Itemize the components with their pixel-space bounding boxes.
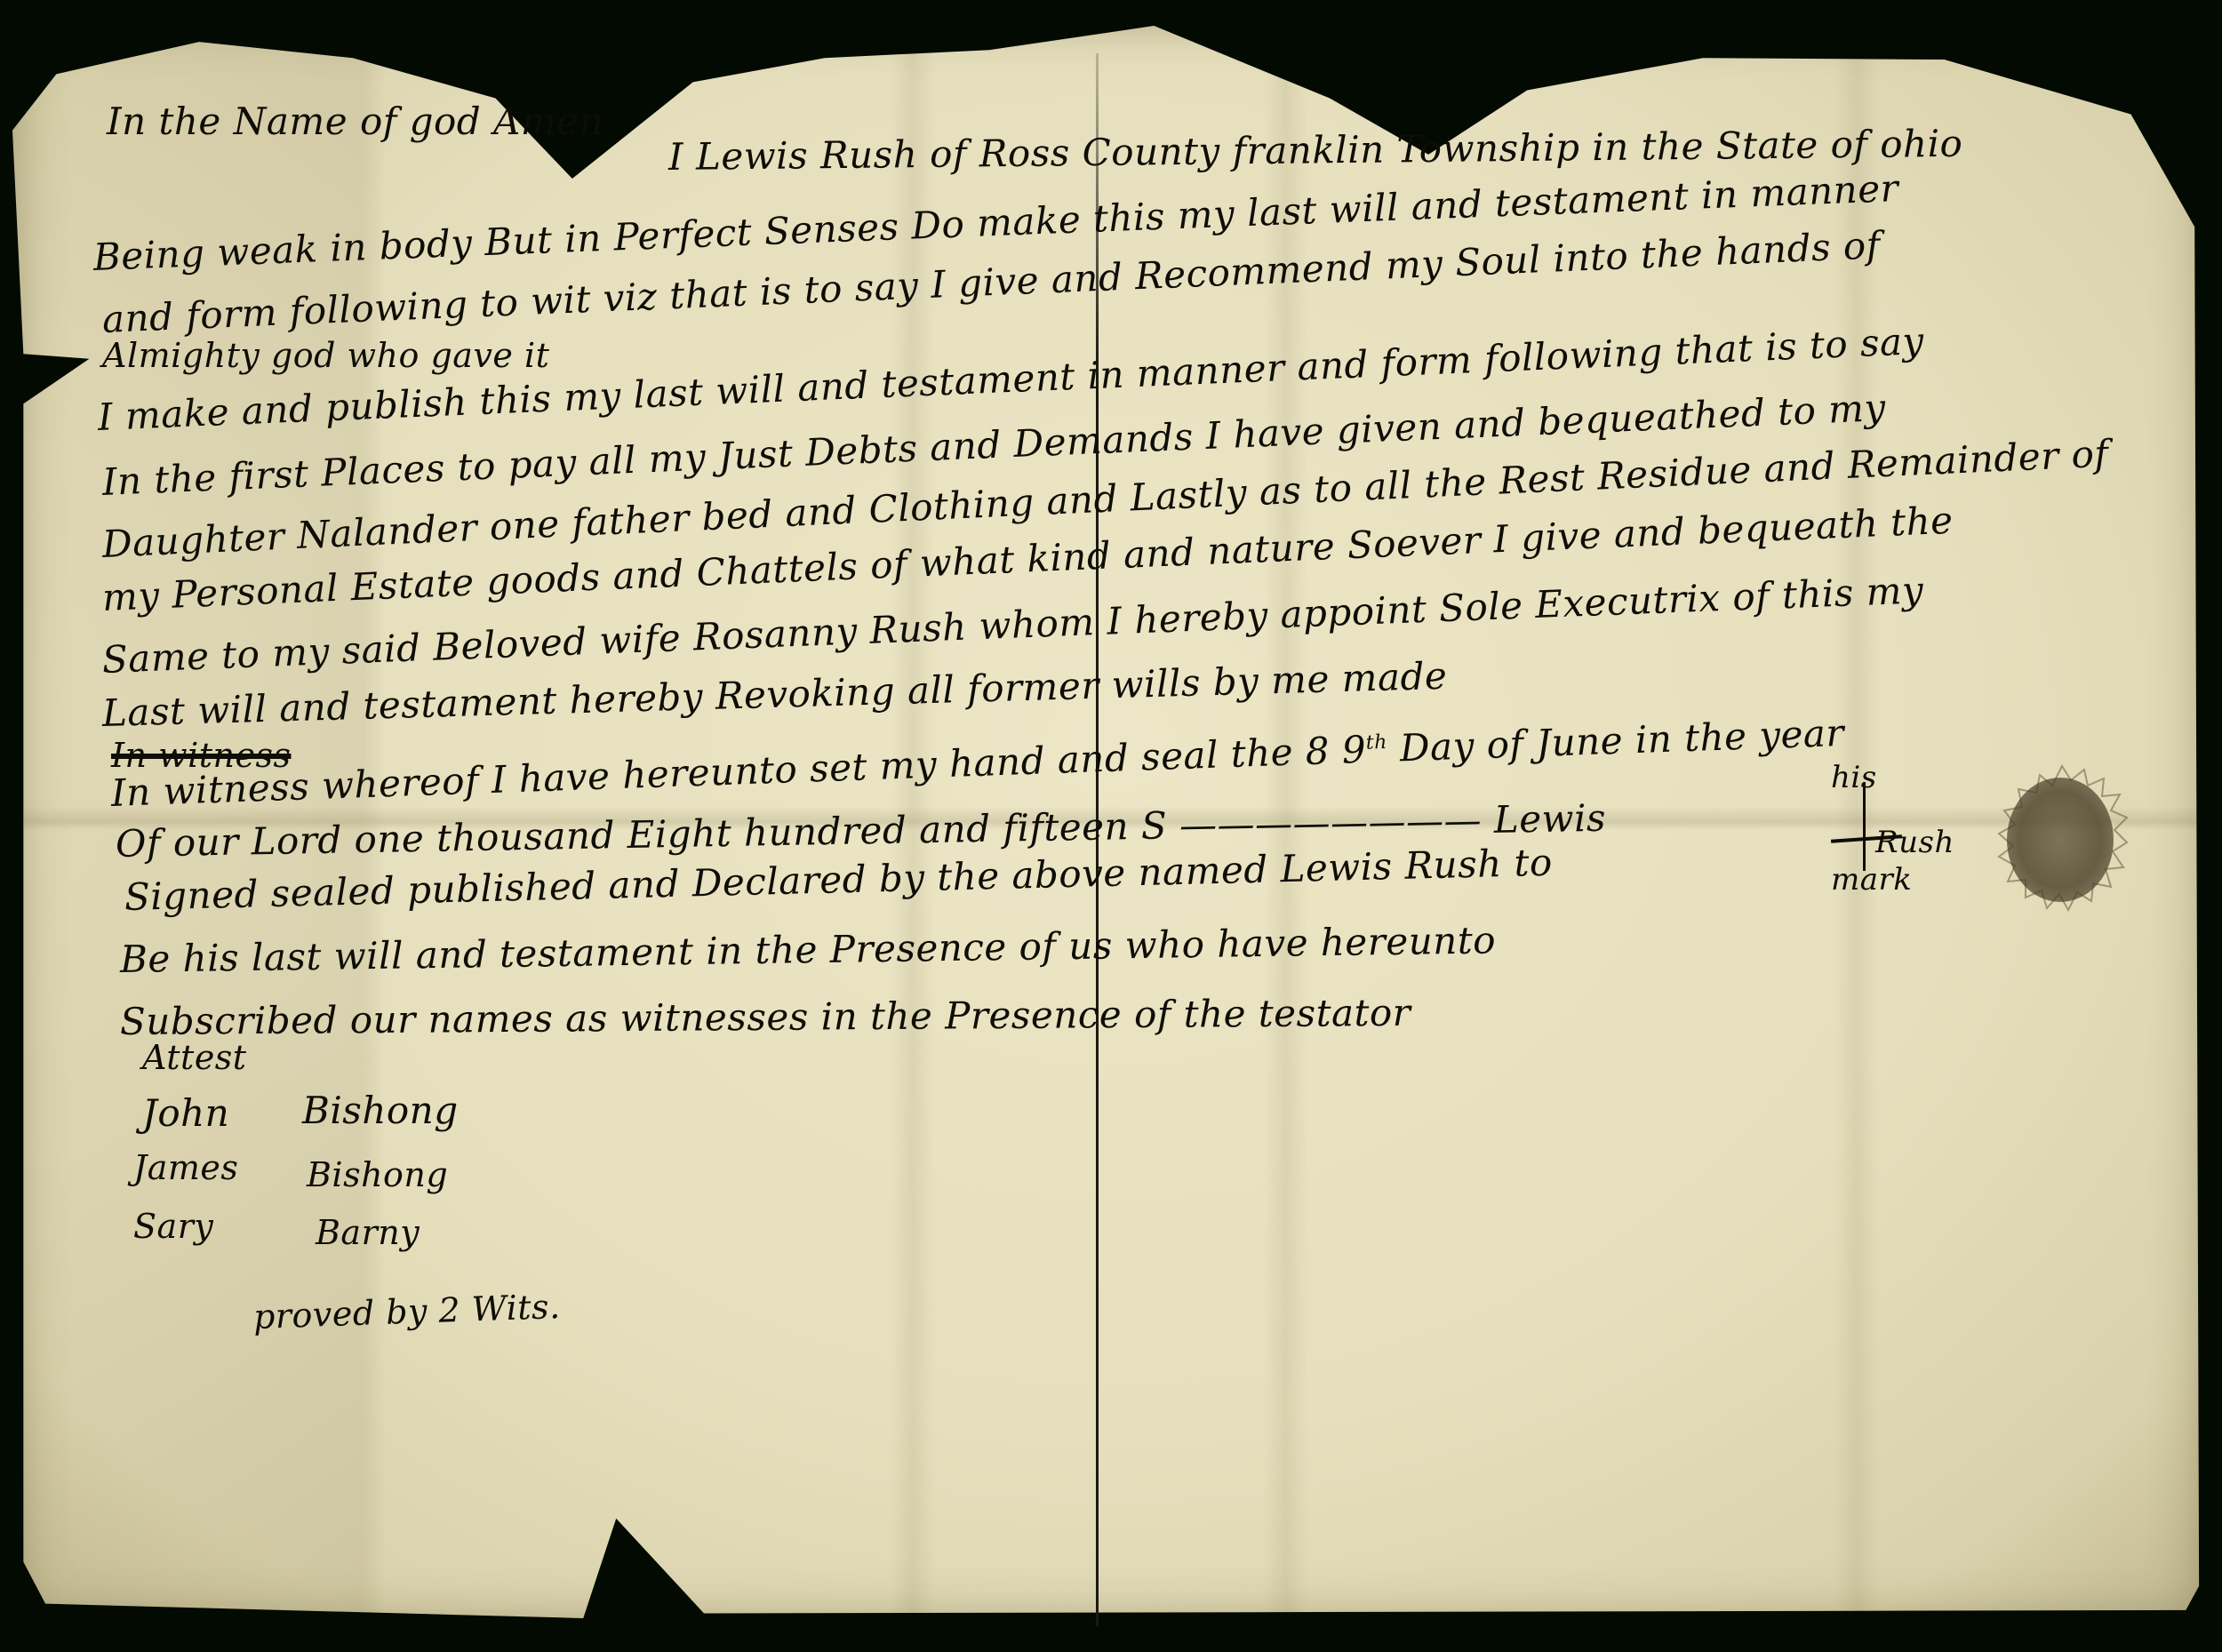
witness-2-last: Bishong: [307, 1155, 448, 1194]
mark-label: mark: [1831, 862, 1912, 898]
will-line-15: Subscribed our names as witnesses in the…: [120, 991, 1411, 1043]
mark-his: his: [1831, 760, 1877, 795]
edge-tear: [12, 367, 66, 375]
mark-surname: Rush: [1875, 825, 1954, 860]
attest-label: Attest: [142, 1038, 247, 1077]
witness-2-first: James: [133, 1148, 238, 1187]
date-ordinal: th: [1365, 731, 1387, 754]
will-line-04: Almighty god who gave it: [102, 336, 549, 375]
witness-1-first: John: [142, 1091, 229, 1135]
invocation-line: In the Name of god Amen: [107, 100, 603, 143]
seal-wax-stain: [2007, 778, 2114, 902]
scanned-document: In the Name of god Amen I Lewis Rush of …: [0, 0, 2222, 1652]
witness-3-first: Sary: [133, 1207, 213, 1246]
testator-mark-cross: [1863, 782, 1866, 871]
witness-1-last: Bishong: [302, 1089, 459, 1132]
witness-3-last: Barny: [316, 1213, 420, 1252]
